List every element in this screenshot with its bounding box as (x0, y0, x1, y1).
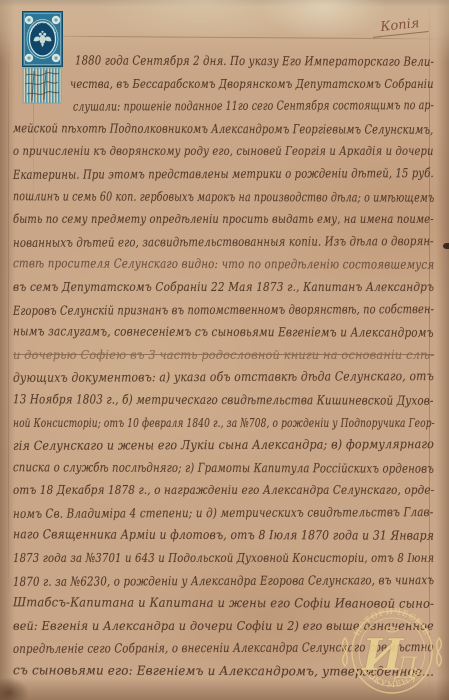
document-line: 1880 года Сентября 2 дня. По указу Его И… (13, 49, 434, 73)
document-line: 1870 г. за №6230, о рожденіи у Александр… (13, 569, 434, 593)
document-line: ствѣ просителя Селунскаго видно: что по … (13, 253, 434, 277)
document-line: дующихъ документовъ: а) указа объ отстав… (13, 365, 434, 389)
document-line: пошлинъ и семь 60 коп. гербовыхъ марокъ … (13, 185, 434, 209)
document-line: наго Священника Арміи и флотовъ, отъ 8 І… (13, 524, 434, 548)
document-line-struck-out: и дочерью Софіею въ 3 часть родословной … (13, 344, 434, 367)
paper-damage-notch (443, 243, 449, 249)
document-line: въ семъ Депутатскомъ Собраніи 22 Мая 187… (13, 276, 434, 299)
document-line: опредѣленіе сего Собранія, о внесеніи Ал… (13, 637, 434, 661)
document-line: Штабсъ-Капитана и Капитана и жены его Со… (13, 592, 434, 616)
scanned-document-page: ГЕРБОВАЯ МАРКА Копія 188 (0, 0, 449, 700)
document-line: мейской пѣхотѣ Подполковникомъ Александр… (13, 117, 434, 141)
manuscript-text-block: 1880 года Сентября 2 дня. По указу Его И… (13, 50, 434, 683)
document-line: слушали: прошеніе поданное 11го сего Сен… (13, 94, 434, 118)
document-line: съ сыновьями его: Евгеніемъ и Александро… (13, 659, 434, 683)
document-line: гія Селунскаго и жены его Лукіи сына Але… (13, 433, 434, 457)
document-line: списка о службѣ послѣдняго; г) Грамоты К… (13, 456, 434, 480)
watermark-flourish-right (437, 638, 442, 666)
document-line: быть по сему предмету опредѣленіи просит… (13, 208, 434, 231)
document-line: чества, въ Бессарабскомъ Дворянскомъ Деп… (13, 73, 434, 96)
copy-annotation: Копія (371, 15, 428, 38)
document-line: нымъ заслугамъ, совнесеніемъ съ сыновьям… (13, 320, 434, 344)
document-line: номъ Св. Владиміра 4 степени; и д) метри… (13, 501, 434, 525)
document-line: о причисленіи къ дворянскому роду его, с… (13, 140, 434, 163)
document-line: ной Консисторіи; отъ 10 февраля 1840 г.,… (13, 412, 434, 435)
fold-crease-left (8, 40, 9, 600)
document-line: Егоровъ Селунскій признанъ въ потомствен… (13, 298, 434, 322)
document-line: 13 Ноября 1803 г., б) метрическаго свидѣ… (13, 388, 434, 412)
document-line: нованныхъ дѣтей его, засвидѣтельствованн… (13, 230, 434, 254)
document-line: отъ 18 Декабря 1878 г., о награжденіи ег… (13, 479, 434, 502)
document-line: 1873 года за №3701 и 643 и Подольской Ду… (13, 547, 434, 570)
document-line: вей: Евгенія и Александра и дочери Софіи… (13, 615, 434, 638)
document-line: Екатерины. При этомъ представлены метрик… (13, 162, 434, 186)
